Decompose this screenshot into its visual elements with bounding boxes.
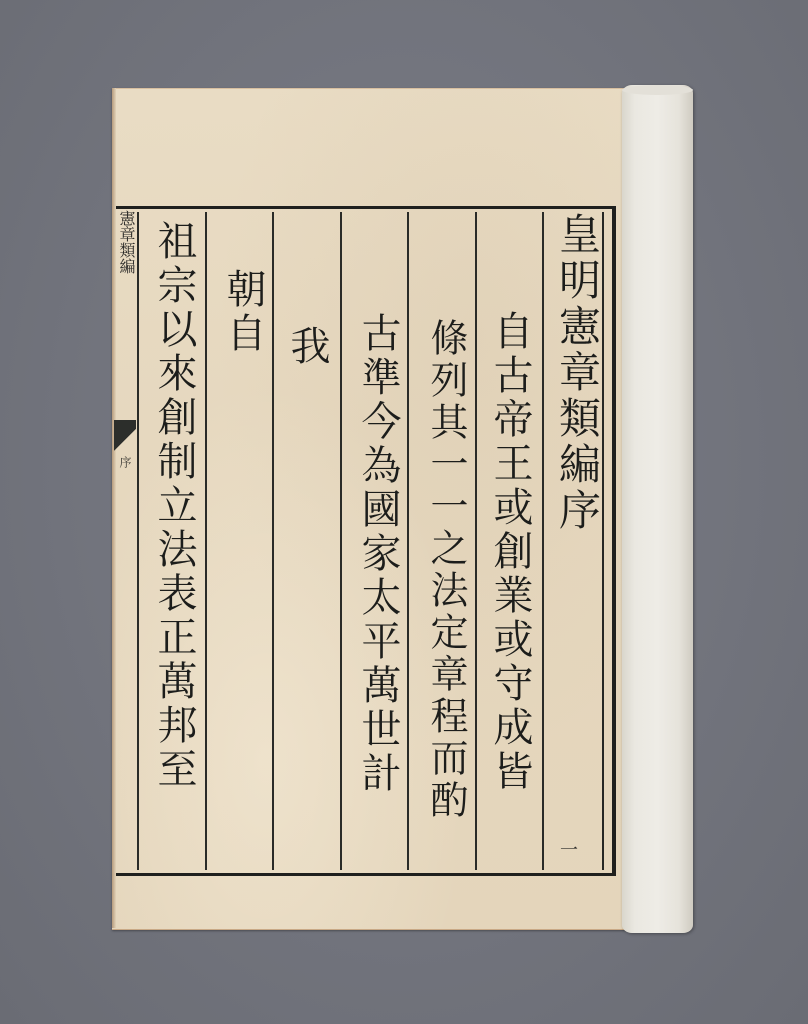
roll-top-cap — [622, 85, 693, 95]
rolled-paper-edge — [622, 85, 693, 933]
column-rule — [272, 212, 274, 452]
column-rule — [475, 212, 477, 870]
column-rule — [340, 212, 342, 870]
text-column: 古準今為國家太平萬世計 — [345, 312, 405, 796]
text-column: 我 — [277, 325, 337, 369]
page-mark: 一 — [560, 836, 578, 862]
column-rule — [407, 212, 409, 870]
text-column: 祖宗以來創制立法表正萬邦至 — [142, 220, 202, 792]
column-rule — [205, 212, 207, 870]
text-column: 自古帝王或創業或守成皆 — [480, 310, 540, 794]
column-rule — [272, 420, 274, 870]
column-rule — [137, 212, 139, 870]
column-rule — [542, 212, 544, 870]
text-column: 朝自 — [210, 268, 270, 356]
text-column: 條列其一一之法定章程而酌 — [412, 318, 472, 822]
text-column-title: 皇明憲章類編序 — [546, 212, 606, 534]
